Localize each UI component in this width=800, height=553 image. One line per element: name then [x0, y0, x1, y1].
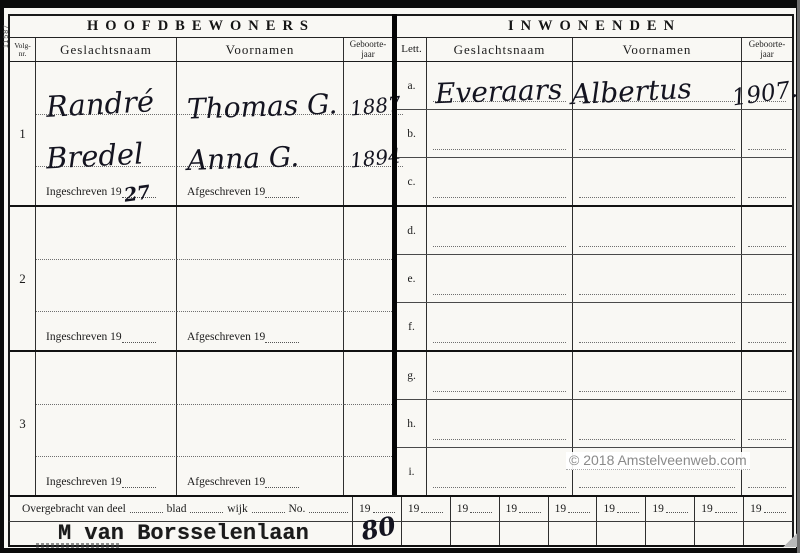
- surname-cell: [36, 207, 177, 260]
- dotted-leader: [122, 334, 156, 343]
- dotted-leader: [252, 505, 285, 514]
- dotted-writing-line: [579, 439, 735, 440]
- inwonenden-title-row: INWONENDEN: [397, 16, 792, 38]
- inwonenden-title: INWONENDEN: [508, 18, 681, 35]
- ingeschreven-cell: Ingeschreven 19: [36, 457, 177, 495]
- year-cell: 19: [499, 497, 548, 521]
- dotted-writing-line: [748, 342, 786, 343]
- hoofdbewoners-column-headers: Volg- nr. Geslachtsnaam Voornamen Geboor…: [10, 38, 392, 62]
- year-cell: 19: [694, 497, 743, 521]
- firstnames-cell: [177, 405, 344, 458]
- handwritten-ingeschreven-year: 27: [123, 184, 151, 204]
- dotted-writing-line: [579, 342, 735, 343]
- hoofdbewoners-section: HOOFDBEWONERS Volg- nr. Geslachtsnaam Vo…: [8, 14, 392, 495]
- dotted-writing-line: [433, 246, 566, 247]
- address-row: M van Borsselenlaan 80: [8, 521, 794, 547]
- surname-cell: Bredel: [36, 115, 177, 168]
- birthyear-cell: [344, 207, 392, 260]
- afgeschreven-cell: Afgeschreven 19: [177, 312, 344, 350]
- inwonenden-row-a: a. Everaars Albertus 1907.: [397, 62, 792, 110]
- letter-label: g.: [397, 352, 427, 399]
- blad-label: blad: [167, 503, 187, 515]
- hoofdbewoners-title-row: HOOFDBEWONERS: [10, 16, 392, 38]
- volgnr-label-line2: nr.: [19, 50, 27, 58]
- dotted-writing-line: [579, 391, 735, 392]
- inwonenden-group-1: a. Everaars Albertus 1907. b. c.: [397, 62, 792, 207]
- year-cell: 19: [401, 497, 450, 521]
- firstnames-cell: [573, 352, 742, 399]
- empty-cell: [450, 522, 499, 545]
- inwonenden-row-f: f.: [397, 303, 792, 350]
- birthyear-cell: 1907.: [742, 62, 792, 109]
- dotted-writing-line: [748, 149, 786, 150]
- inwonenden-row-b: b.: [397, 110, 792, 158]
- birthyear-cell: [742, 400, 792, 447]
- dotted-writing-line: [433, 149, 566, 150]
- dotted-leader: [715, 505, 737, 514]
- dotted-leader: [617, 505, 639, 514]
- surname-cell: [427, 255, 573, 302]
- empty-cell: [596, 522, 645, 545]
- handwritten-firstnames: Albertus: [570, 77, 692, 107]
- surname-cell: [427, 207, 573, 254]
- birthyear-cell: [742, 110, 792, 157]
- dotted-writing-line: [579, 197, 735, 198]
- overgebracht-label: Overgebracht van deel: [22, 503, 126, 515]
- dotted-leader: [190, 505, 223, 514]
- surname-cell: [427, 110, 573, 157]
- dotted-writing-line: [433, 197, 566, 198]
- firstnames-cell: [573, 400, 742, 447]
- birthyear-cell: [742, 255, 792, 302]
- firstnames-cell: Thomas G.: [177, 62, 344, 115]
- inwonenden-row-d: d.: [397, 207, 792, 255]
- dotted-leader: [265, 189, 299, 198]
- dotted-writing-line: [579, 487, 735, 488]
- dotted-writing-line: [433, 439, 566, 440]
- afgeschreven-label: Afgeschreven 19: [187, 186, 265, 198]
- surname-cell: [427, 303, 573, 350]
- firstnames-cell: [573, 303, 742, 350]
- surname-cell: [36, 405, 177, 458]
- afgeschreven-label: Afgeschreven 19: [187, 331, 265, 343]
- dotted-leader: [470, 505, 492, 514]
- surname-cell: [427, 448, 573, 495]
- surname-cell: [427, 400, 573, 447]
- empty-cell: [694, 522, 743, 545]
- ingeschreven-label: Ingeschreven 19: [46, 331, 122, 343]
- firstnames-cell: [177, 260, 344, 313]
- inwonenden-row-c: c.: [397, 158, 792, 205]
- dotted-writing-line: [748, 246, 786, 247]
- year-cell: 19: [743, 497, 792, 521]
- empty-cell: [499, 522, 548, 545]
- handwritten-surname: Everaars: [435, 78, 563, 106]
- inwonenden-body: a. Everaars Albertus 1907. b. c.: [397, 62, 792, 495]
- surname-cell: Randré: [36, 62, 177, 115]
- firstnames-cell: [177, 207, 344, 260]
- dotted-leader: [122, 479, 156, 488]
- inwonenden-column-headers: Lett. Geslachtsnaam Voornamen Geboorte- …: [397, 38, 792, 62]
- surname-cell: [36, 352, 177, 405]
- dotted-leader: [666, 505, 688, 514]
- dotted-writing-line: [579, 246, 735, 247]
- afgeschreven-label: Afgeschreven 19: [187, 476, 265, 488]
- dotted-leader: [309, 505, 348, 514]
- empty-cell: [645, 522, 694, 545]
- ingeschreven-label: Ingeschreven 19: [46, 476, 122, 488]
- dotted-writing-line: [579, 149, 735, 150]
- handwritten-house-number: 80: [359, 515, 397, 543]
- ingeschreven-label: Ingeschreven 19: [46, 186, 122, 198]
- dotted-leader: [568, 505, 590, 514]
- dotted-writing-line: [748, 197, 786, 198]
- column-header-voornamen: Voornamen: [177, 38, 344, 61]
- house-number-cell: 80: [352, 522, 401, 545]
- column-header-geboortejaar: Geboorte- jaar: [742, 38, 792, 61]
- birthyear-cell: [742, 158, 792, 205]
- partial-stamp-smudge: [36, 543, 120, 548]
- empty-cell: [401, 522, 450, 545]
- year-cell: 19: [596, 497, 645, 521]
- birthyear-cell: [742, 303, 792, 350]
- inwonenden-group-3: g. h. i.: [397, 352, 792, 495]
- birthyear-cell: [742, 352, 792, 399]
- column-header-volgnr: Volg- nr.: [10, 38, 36, 61]
- hoofdbewoners-body: 1 Randré Thomas G. 1887 Bredel Anna G. 1…: [10, 62, 392, 495]
- letter-label: a.: [397, 62, 427, 109]
- dotted-writing-line: [748, 439, 786, 440]
- column-header-geboortejaar: Geboorte- jaar: [344, 38, 392, 61]
- overgebracht-cell: Overgebracht van deel blad wijk No.: [10, 497, 352, 521]
- letter-label: e.: [397, 255, 427, 302]
- hoofdbewoners-title: HOOFDBEWONERS: [87, 18, 315, 35]
- year-cell: 19: [450, 497, 499, 521]
- birthyear-cell: [344, 352, 392, 405]
- afgeschreven-cell: Afgeschreven 19: [177, 457, 344, 495]
- column-header-lett: Lett.: [397, 38, 427, 61]
- group-number: 3: [10, 352, 36, 495]
- group-number: 2: [10, 207, 36, 350]
- dotted-writing-line: [748, 487, 786, 488]
- inwonenden-row-g: g.: [397, 352, 792, 400]
- inwonenden-row-e: e.: [397, 255, 792, 303]
- letter-label: f.: [397, 303, 427, 350]
- firstnames-cell: [573, 207, 742, 254]
- year-cell: 19: [548, 497, 597, 521]
- letter-label: i.: [397, 448, 427, 495]
- inwonenden-section: INWONENDEN Lett. Geslachtsnaam Voornamen…: [397, 14, 794, 495]
- surname-cell: Everaars: [427, 62, 573, 109]
- birthyear-cell: [344, 405, 392, 458]
- dotted-writing-line: [433, 294, 566, 295]
- hoofdbewoners-group-3: 3 Ingeschreven 19: [10, 352, 392, 495]
- firstnames-cell: [177, 352, 344, 405]
- dotted-writing-line: [433, 391, 566, 392]
- column-header-geslachtsnaam: Geslachtsnaam: [36, 38, 177, 61]
- firstnames-cell: [573, 255, 742, 302]
- dotted-leader: [265, 334, 299, 343]
- dotted-leader: [421, 505, 443, 514]
- year-cell: 19: [645, 497, 694, 521]
- dotted-leader: [519, 505, 541, 514]
- footer-year-cell: [344, 312, 392, 350]
- dotted-leader: [764, 505, 786, 514]
- empty-cell: [548, 522, 597, 545]
- copyright-watermark: © 2018 Amstelveenweb.com: [566, 452, 750, 470]
- firstnames-cell: [573, 110, 742, 157]
- ingeschreven-cell: Ingeschreven 19 27: [36, 167, 177, 205]
- ingeschreven-cell: Ingeschreven 19: [36, 312, 177, 350]
- hoofdbewoners-group-1: 1 Randré Thomas G. 1887 Bredel Anna G. 1…: [10, 62, 392, 207]
- birthyear-cell: [344, 260, 392, 313]
- column-header-voornamen: Voornamen: [573, 38, 742, 61]
- letter-label: b.: [397, 110, 427, 157]
- letter-label: d.: [397, 207, 427, 254]
- scan-corner-shade: [783, 533, 797, 547]
- letter-label: h.: [397, 400, 427, 447]
- footer-year-cell: [344, 457, 392, 495]
- surname-cell: [427, 158, 573, 205]
- surname-cell: [427, 352, 573, 399]
- letter-label: c.: [397, 158, 427, 205]
- dotted-leader: [265, 479, 299, 488]
- dotted-writing-line: [433, 487, 566, 488]
- column-header-geslachtsnaam: Geslachtsnaam: [427, 38, 573, 61]
- overgebracht-strip: Overgebracht van deel blad wijk No. 19 1…: [8, 495, 794, 521]
- dotted-writing-line: [433, 342, 566, 343]
- dotted-writing-line: [748, 391, 786, 392]
- dotted-leader: [130, 505, 163, 514]
- inwonenden-group-2: d. e. f.: [397, 207, 792, 352]
- inwonenden-row-h: h.: [397, 400, 792, 448]
- hoofdbewoners-group-2: 2 Ingeschreven 19: [10, 207, 392, 352]
- street-stamp-cell: M van Borsselenlaan: [10, 522, 352, 545]
- surname-cell: [36, 260, 177, 313]
- wijk-label: wijk: [227, 503, 247, 515]
- dotted-writing-line: [748, 294, 786, 295]
- group-number: 1: [10, 62, 36, 205]
- no-label: No.: [289, 503, 306, 515]
- firstnames-cell: Anna G.: [177, 115, 344, 168]
- firstnames-cell: [573, 158, 742, 205]
- birthyear-cell: [742, 207, 792, 254]
- dotted-writing-line: [579, 294, 735, 295]
- afgeschreven-cell: Afgeschreven 19: [177, 167, 344, 205]
- handwritten-birthyear: 1907.: [731, 81, 799, 110]
- firstnames-cell: Albertus: [573, 62, 742, 109]
